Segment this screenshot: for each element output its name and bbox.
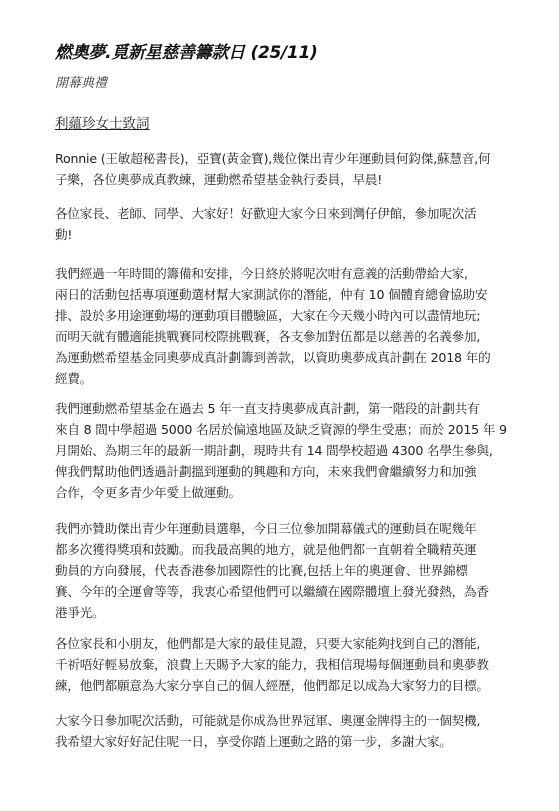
text-line: 我們亦贊助傑出青少年運動員選舉，今日三位參加開幕儀式的運動員在呢幾年 [55, 518, 525, 539]
text-line: 港爭光。 [55, 602, 525, 623]
text-line: Ronnie (王敏超秘書長)，亞寶(黃金寶),幾位傑出青少年運動員何鈞傑,蘇慧… [55, 148, 525, 169]
text-line: 經費。 [55, 368, 525, 389]
text-line: 而明天就有體適能挑戰賽同校際挑戰賽，各支參加對伍都是以慈善的名義參加, [55, 326, 525, 347]
paragraph-greeting: Ronnie (王敏超秘書長)，亞寶(黃金寶),幾位傑出青少年運動員何鈞傑,蘇慧… [55, 148, 525, 190]
text-line: 為運動燃希望基金同奧夢成真計劃籌到善款，以資助奧夢成真計劃在 2018 年的 [55, 347, 525, 368]
text-line: 月開始、為期三年的最新一期計劃，現時共有 14 間學校超過 4300 名學生參與… [55, 440, 525, 461]
text-line: 兩日的活動包括專項運動選材幫大家測試你的潛能，仲有 10 個體育總會協助安 [55, 284, 525, 305]
paragraph-closing: 大家今日參加呢次活動，可能就是你成為世界冠軍、奧運金牌得主的一個契機, 我希望大… [55, 710, 525, 752]
paragraph-athletes: 我們亦贊助傑出青少年運動員選舉，今日三位參加開幕儀式的運動員在呢幾年 都多次獲得… [55, 518, 525, 623]
text-line: 各位家長、老師、同學、大家好！好歡迎大家今日來到灣仔伊館，參加呢次活 [55, 203, 525, 224]
text-line: 子樂，各位奧夢成真教練，運動燃希望基金執行委員，早晨! [55, 169, 525, 190]
text-line: 都多次獲得獎項和鼓勵。而我最高興的地方，就是他們都一直朝着全職精英運 [55, 539, 525, 560]
text-line: 我們運動燃希望基金在過去 5 年一直支持奧夢成真計劃，第一階段的計劃共有 [55, 398, 525, 419]
paragraph-fund: 我們運動燃希望基金在過去 5 年一直支持奧夢成真計劃，第一階段的計劃共有 來自 … [55, 398, 525, 503]
text-line: 各位家長和小朋友，他們都是大家的最佳見證，只要大家能夠找到自己的潛能, [55, 633, 525, 654]
text-line: 我希望大家好好記住呢一日，享受你踏上運動之路的第一步，多謝大家。 [55, 731, 525, 752]
paragraph-welcome: 各位家長、老師、同學、大家好！好歡迎大家今日來到灣仔伊館，參加呢次活 動! [55, 203, 525, 245]
speech-heading: 利蘊珍女士致詞 [55, 112, 150, 132]
text-line: 合作，令更多青少年愛上做運動。 [55, 482, 525, 503]
text-line: 來自 8 間中學超過 5000 名居於偏遠地區及缺乏資源的學生受惠；而於 201… [55, 419, 525, 440]
text-line: 千祈唔好輕易放棄，浪費上天賜予大家的能力，我相信現場每個運動員和奧夢教 [55, 654, 525, 675]
text-line: 大家今日參加呢次活動，可能就是你成為世界冠軍、奧運金牌得主的一個契機, [55, 710, 525, 731]
text-line: 賽、今年的全運會等等，我衷心希望他們可以繼續在國際體壇上發光發熱，為香 [55, 581, 525, 602]
text-line: 我們經過一年時間的籌備和安排，今日終於將呢次咁有意義的活動帶給大家, [55, 263, 525, 284]
document-subtitle: 開幕典禮 [55, 72, 107, 91]
text-line: 動! [55, 224, 525, 245]
paragraph-parents: 各位家長和小朋友，他們都是大家的最佳見證，只要大家能夠找到自己的潛能, 千祈唔好… [55, 633, 525, 696]
text-line: 俾我們幫助他們透過計劃搵到運動的興趣和方向，未來我們會繼續努力和加強 [55, 461, 525, 482]
paragraph-activities: 我們經過一年時間的籌備和安排，今日終於將呢次咁有意義的活動帶給大家, 兩日的活動… [55, 263, 525, 389]
text-line: 排、設於多用途運動場的運動項目體驗區，大家在今天幾小時內可以盡情地玩; [55, 305, 525, 326]
text-line: 動員的方向發展，代表香港參加國際性的比賽,包括上年的奧運會、世界錦標 [55, 560, 525, 581]
text-line: 練，他們都願意為大家分享自己的個人經歷，他們都足以成為大家努力的目標。 [55, 675, 525, 696]
document-title: 燃奧夢.覓新星慈善籌款日 (25/11) [55, 38, 317, 63]
